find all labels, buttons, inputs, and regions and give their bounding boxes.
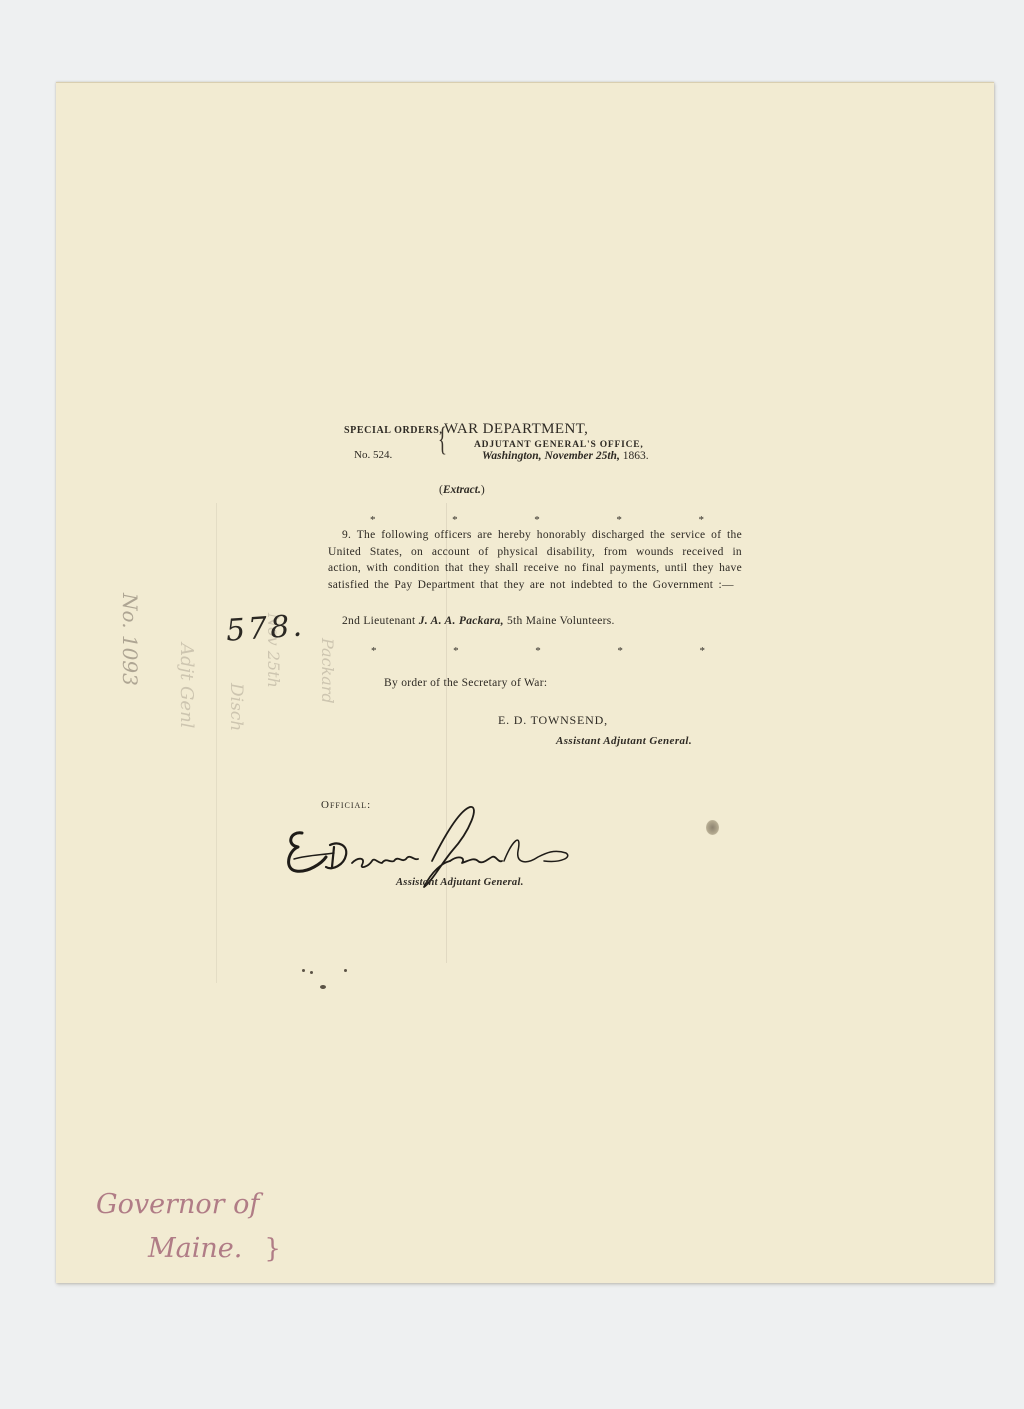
pencil-addressee: Governor of Maine.} [96,1183,281,1271]
bleed-through-text: Adjt Genl [176,643,197,728]
order-number: No. 524. [354,449,392,461]
official-title: Assistant Adjutant General. [396,877,524,888]
named-officer: 2nd Lieutenant J. A. A. Packara, 5th Mai… [342,615,615,627]
bleed-through-text: Disch [226,683,246,731]
date: November 25th, [544,450,619,462]
officer-unit: 5th Maine Volunteers. [507,615,615,627]
officer-name: J. A. A. Packara, [419,615,504,627]
paragraph-text: The following officers are hereby honora… [328,529,742,591]
document-page: No. 1093 Adjt Genl Disch Nov 25th Packar… [56,82,994,1283]
signer-title: Assistant Adjutant General. [556,735,692,747]
place: Washington, [482,450,542,462]
addressee-line2: Maine. [148,1233,242,1264]
extract-label: (Extract.) [439,484,485,496]
addressee-line1: Governor of [96,1189,259,1220]
ink-specks [300,965,360,1005]
ellipsis-stars: * * * * * [371,646,705,656]
signer-name: E. D. TOWNSEND, [498,713,608,728]
department-heading: WAR DEPARTMENT, [444,421,588,438]
ellipsis-stars: * * * * * [370,515,704,525]
officer-rank: 2nd Lieutenant [342,615,416,627]
dateline: Washington, November 25th, 1863. [482,450,649,462]
special-orders-label: SPECIAL ORDERS, [344,425,442,436]
ink-stain [706,820,719,835]
addressee-brace: } [264,1234,281,1264]
fold-line [216,503,217,983]
bleed-through-text: Packard [318,638,337,704]
paragraph-number: 9. [342,529,351,541]
authority-line: By order of the Secretary of War: [384,677,547,689]
bleed-through-text: No. 1093 [118,593,142,686]
office-heading: ADJUTANT GENERAL'S OFFICE, [474,440,644,450]
year: 1863. [623,450,649,462]
order-paragraph: 9. The following officers are hereby hon… [328,527,742,593]
handwritten-number: 578. [225,608,306,648]
